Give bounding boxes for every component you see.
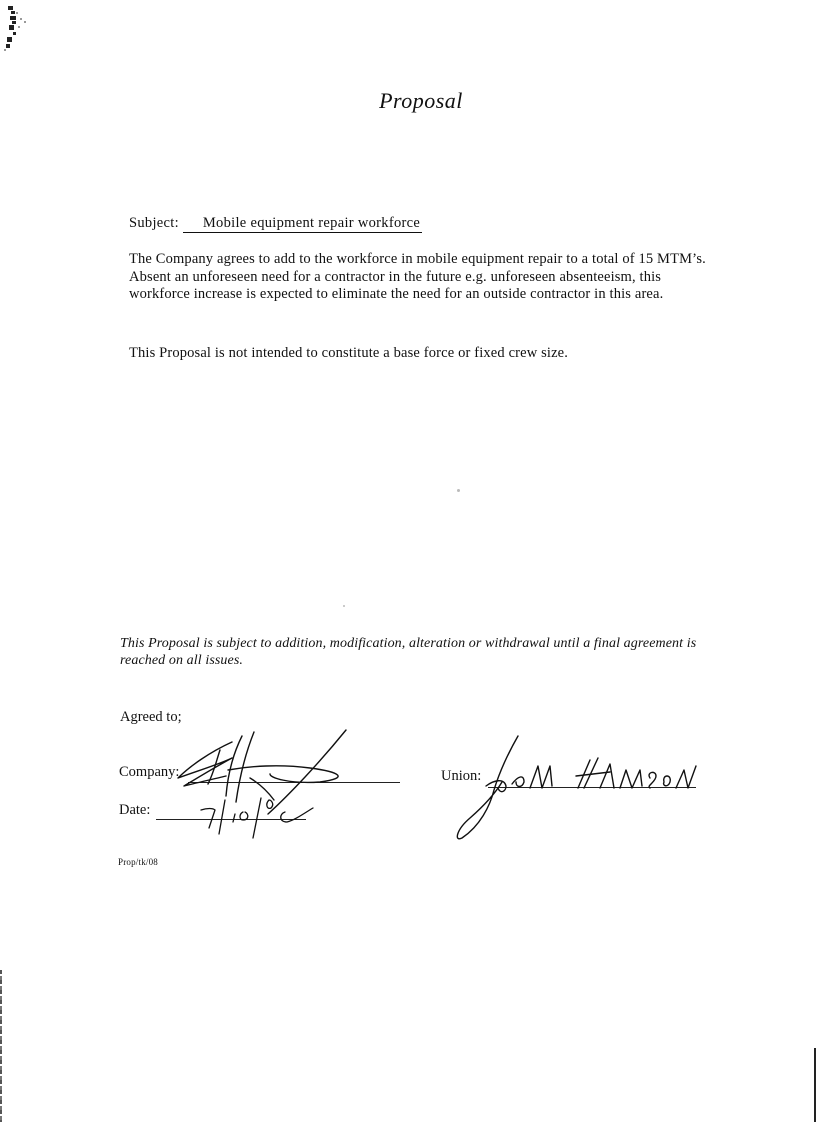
document-title: Proposal xyxy=(0,88,816,114)
disclaimer-text: This Proposal is subject to addition, mo… xyxy=(120,635,710,669)
date-label: Date: xyxy=(119,802,150,819)
date-signature xyxy=(195,790,325,840)
scan-speck xyxy=(343,605,345,607)
subject-value: Mobile equipment repair workforce xyxy=(183,214,422,233)
scan-artifact xyxy=(2,4,30,52)
union-signature xyxy=(450,730,710,850)
scan-speck xyxy=(457,489,460,492)
body-paragraph: This Proposal is not intended to constit… xyxy=(129,345,709,363)
scan-edge-left xyxy=(0,970,2,1122)
subject-line: Subject: Mobile equipment repair workfor… xyxy=(129,214,422,233)
footer-code: Prop/tk/08 xyxy=(118,857,158,867)
body-paragraph: The Company agrees to add to the workfor… xyxy=(129,251,709,304)
subject-label: Subject: xyxy=(129,215,179,232)
